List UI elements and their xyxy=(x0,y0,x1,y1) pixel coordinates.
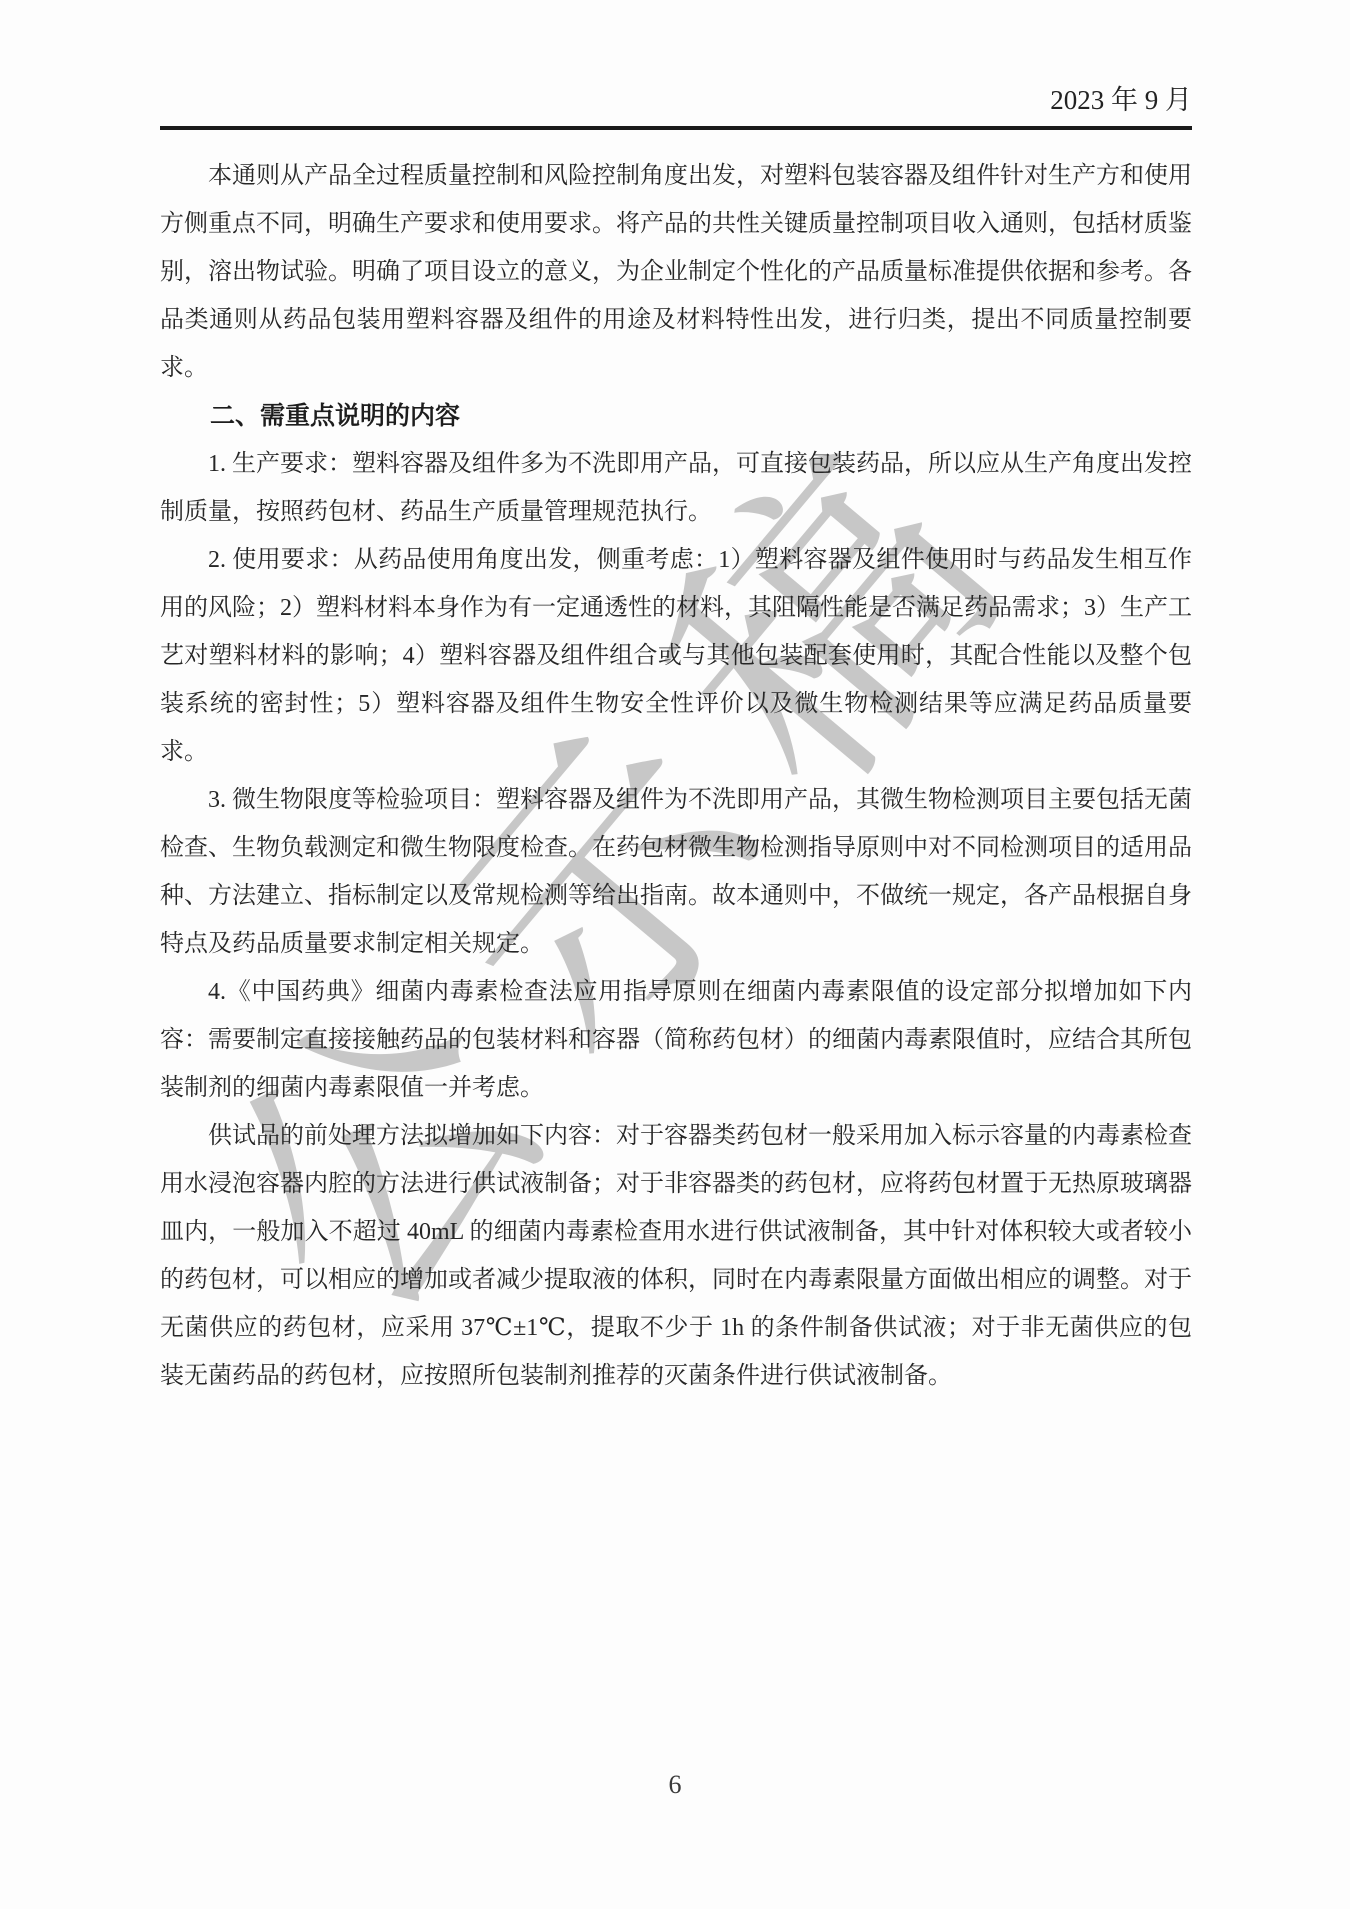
paragraph-overview: 本通则从产品全过程质量控制和风险控制角度出发，对塑料包装容器及组件针对生产方和使… xyxy=(160,152,1192,392)
header-rule xyxy=(160,126,1192,130)
page-number: 6 xyxy=(0,1770,1350,1800)
header-date: 2023 年 9 月 xyxy=(1050,82,1192,118)
document-body: 本通则从产品全过程质量控制和风险控制角度出发，对塑料包装容器及组件针对生产方和使… xyxy=(160,152,1192,1400)
document-page: 公示稿 2023 年 9 月 本通则从产品全过程质量控制和风险控制角度出发，对塑… xyxy=(0,0,1350,1909)
paragraph-microbial-limits: 3. 微生物限度等检验项目：塑料容器及组件为不洗即用产品，其微生物检测项目主要包… xyxy=(160,776,1192,968)
paragraph-production-requirements: 1. 生产要求：塑料容器及组件多为不洗即用产品，可直接包装药品，所以应从生产角度… xyxy=(160,440,1192,536)
paragraph-sample-pretreatment: 供试品的前处理方法拟增加如下内容：对于容器类药包材一般采用加入标示容量的内毒素检… xyxy=(160,1112,1192,1400)
section-heading: 二、需重点说明的内容 xyxy=(160,392,1192,440)
paragraph-usage-requirements: 2. 使用要求：从药品使用角度出发，侧重考虑：1）塑料容器及组件使用时与药品发生… xyxy=(160,536,1192,776)
paragraph-endotoxin-guideline: 4.《中国药典》细菌内毒素检查法应用指导原则在细菌内毒素限值的设定部分拟增加如下… xyxy=(160,968,1192,1112)
